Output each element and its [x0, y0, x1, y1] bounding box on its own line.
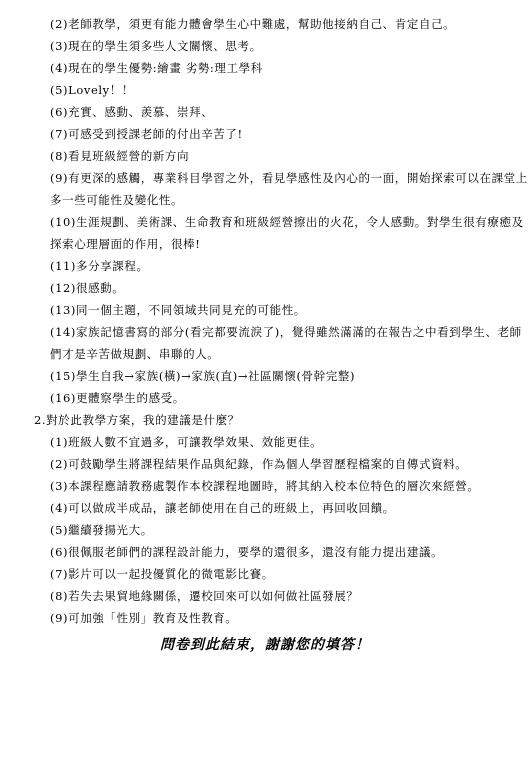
feedback-item: (8)看見班級經營的新方向: [50, 149, 189, 163]
feedback-item: (11)多分享課程。: [50, 259, 149, 273]
feedback-item: (9)有更深的感觸，專業科目學習之外，看見學感性及內心的一面，開始探索可以在課堂…: [50, 171, 528, 185]
feedback-item: (7)可感受到授課老師的付出辛苦了!: [50, 127, 243, 141]
feedback-item: (3)現在的學生須多些人文關懷、思考。: [50, 39, 262, 53]
feedback-item-continuation: 多一些可能性及變化性。: [50, 193, 183, 207]
suggestion-item: (2)可鼓勵學生將課程結果作品與紀錄，作為個人學習歷程檔案的自傳式資料。: [50, 457, 467, 471]
feedback-item-continuation: 探索心理層面的作用，很棒!: [50, 237, 200, 251]
question-heading: 2.對於此教學方案，我的建議是什麼？: [34, 413, 240, 427]
feedback-item: (12)很感動。: [50, 281, 124, 295]
feedback-item: (5)Lovely！！: [50, 83, 134, 97]
feedback-item: (15)學生自我→家族(橫)→家族(直)→社區關懷(骨幹完整): [50, 369, 355, 383]
feedback-item-continuation: 們才是辛苦做規劃、串聯的人。: [50, 347, 219, 361]
document-page: (2)老師教學，須更有能力體會學生心中難處，幫助他接納自己、肯定自己。 (3)現…: [0, 0, 530, 769]
closing-message: 問卷到此結束，謝謝您的填答！: [0, 634, 530, 654]
suggestion-item: (5)繼續發揚光大。: [50, 523, 153, 537]
suggestion-item: (4)可以做成半成品，讓老師使用在自己的班級上，再回收回饋。: [50, 501, 395, 515]
feedback-item: (10)生涯規劃、美術課、生命教育和班級經營擦出的火花，令人感動。對學生很有療癒…: [50, 215, 524, 229]
feedback-item: (14)家族記憶書寫的部分(看完都要流淚了)，覺得雖然滿滿的在報告之中看到學生、…: [50, 325, 522, 339]
suggestion-item: (8)若失去果貿地緣關係，遷校回來可以如何做社區發展？: [50, 589, 359, 603]
feedback-item: (6)充實、感動、羨慕、崇拜、: [50, 105, 213, 119]
suggestion-item: (1)班級人數不宜過多，可讓教學效果、效能更佳。: [50, 435, 322, 449]
feedback-item: (16)更體察學生的感受。: [50, 391, 185, 405]
suggestion-item: (3)本課程應請教務處製作本校課程地圖時，將其納入校本位特色的層次來經營。: [50, 479, 480, 493]
suggestion-item: (7)影片可以一起投優質化的微電影比賽。: [50, 567, 274, 581]
feedback-item: (2)老師教學，須更有能力體會學生心中難處，幫助他接納自己、肯定自己。: [50, 17, 455, 31]
suggestion-item: (9)可加強「性別」教育及性教育。: [50, 611, 238, 625]
feedback-item: (4)現在的學生優勢:繪畫 劣勢:理工學科: [50, 61, 263, 75]
suggestion-item: (6)很佩服老師們的課程設計能力，要學的還很多，還沒有能力提出建議。: [50, 545, 443, 559]
feedback-item: (13)同一個主題，不同領域共同見充的可能性。: [50, 303, 306, 317]
